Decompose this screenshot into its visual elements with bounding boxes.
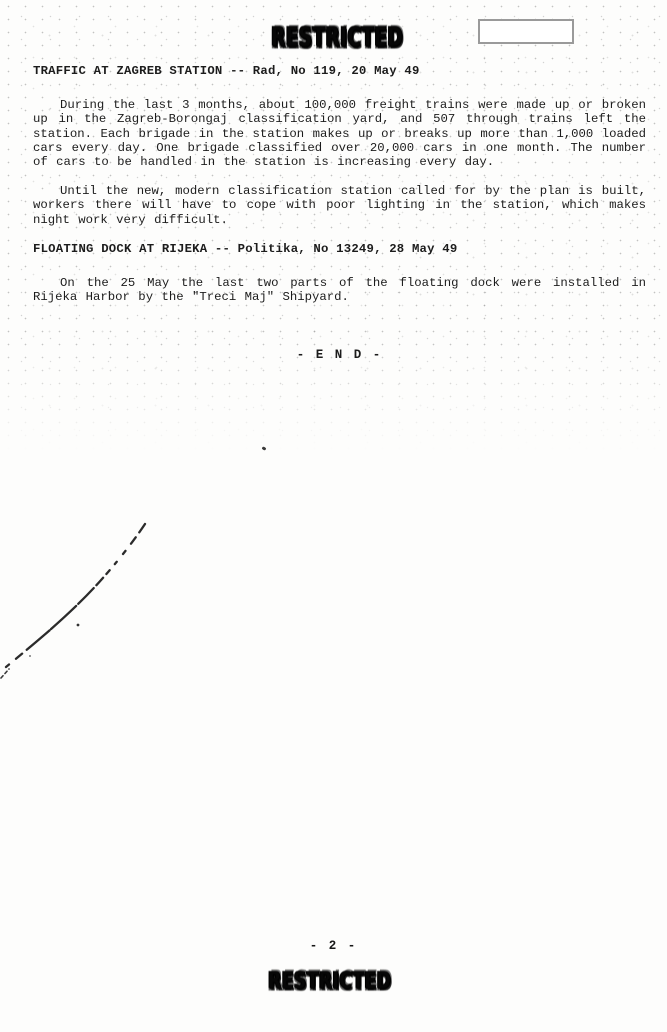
page-number: - 2 - (0, 939, 667, 953)
document-page: RESTRICTED TRAFFIC AT ZAGREB STATION -- … (0, 0, 667, 1032)
paragraph-zagreb-1: During the last 3 months, about 100,000 … (33, 98, 646, 169)
restricted-stamp-bottom: RESTRICTED (268, 967, 391, 994)
document-body: TRAFFIC AT ZAGREB STATION -- Rad, No 119… (33, 64, 646, 362)
redaction-box (478, 19, 574, 44)
section-heading-rijeka: FLOATING DOCK AT RIJEKA -- Politika, No … (33, 242, 646, 256)
restricted-stamp-top: RESTRICTED (271, 20, 403, 52)
ink-speck (262, 446, 267, 451)
paragraph-zagreb-2: Until the new, modern classification sta… (33, 184, 646, 227)
end-marker: - E N D - (33, 348, 646, 362)
paragraph-rijeka-1: On the 25 May the last two parts of the … (33, 276, 646, 304)
section-zagreb-station: TRAFFIC AT ZAGREB STATION -- Rad, No 119… (33, 64, 646, 227)
pen-scratch-mark (0, 515, 160, 685)
section-floating-dock: FLOATING DOCK AT RIJEKA -- Politika, No … (33, 242, 646, 305)
section-heading-zagreb: TRAFFIC AT ZAGREB STATION -- Rad, No 119… (33, 64, 646, 78)
